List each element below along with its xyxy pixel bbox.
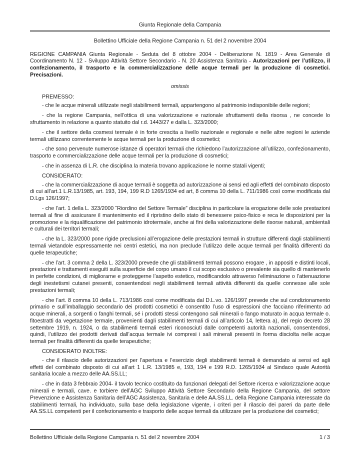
section-heading-considerato: CONSIDERATO:: [30, 173, 330, 180]
footer-bulletin-label: Bollettino Ufficiale della Regione Campa…: [30, 435, 199, 442]
paragraph: - che le acque minerali utilizzate negli…: [30, 103, 330, 110]
paragraph: - che l’art. 3 comma 2 della L. 323/2000…: [30, 260, 330, 294]
footer-page-number: 1 / 3: [319, 435, 330, 442]
intro-paragraph: REGIONE CAMPANIA Giunta Regionale - Sedu…: [30, 51, 330, 79]
paragraph: - che il rilascio delle autorizzazioni p…: [30, 357, 330, 378]
paragraph: - che la L. 323/2000 pone rigide preclus…: [30, 236, 330, 257]
paragraph: - che sono pervenute numerose istanze di…: [30, 146, 330, 160]
page-footer: Bollettino Ufficiale della Regione Campa…: [30, 429, 330, 441]
header-divider: [30, 30, 330, 31]
paragraph: - che in assenza di L.R. che disciplina …: [30, 163, 330, 170]
section-heading-considerato-inoltre: CONSIDERATO INOLTRE:: [30, 349, 330, 356]
section-heading-premesso: PREMESSO:: [30, 94, 330, 101]
bulletin-subtitle: Bollettino Ufficiale della Regione Campa…: [30, 38, 330, 45]
page-header-title: Giunta Regionale della Campania: [30, 22, 330, 29]
paragraph: - che l’art. 8 comma 10 della L. 713/198…: [30, 297, 330, 345]
document-page: Giunta Regionale della Campania Bolletti…: [30, 22, 330, 419]
omissis-marker: omissis: [30, 83, 330, 90]
paragraph: - che il settore della cosmesi termale è…: [30, 129, 330, 143]
footer-divider: [30, 429, 330, 430]
paragraph: - che la commercializzazione di acque te…: [30, 182, 330, 203]
paragraph: - che in data 3 febbraio 2004- il tavolo…: [30, 381, 330, 415]
paragraph: - che la regione Campania, nell’ottica d…: [30, 113, 330, 127]
paragraph: - che l’art. 1 della L. 323/2000 “Riordi…: [30, 205, 330, 233]
